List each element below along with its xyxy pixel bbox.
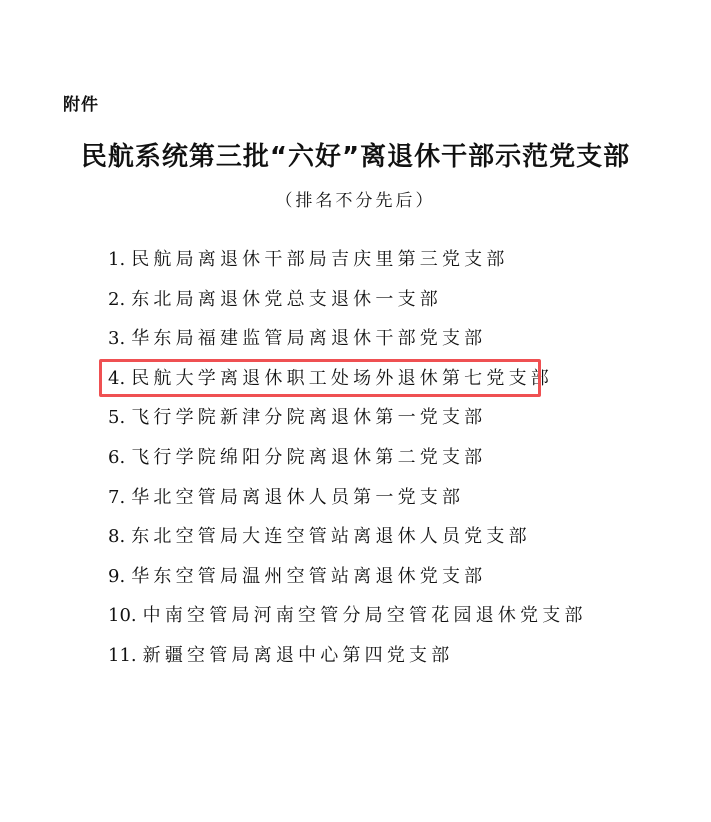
list-item: 10.中南空管局河南空管分局空管花园退休党支部 xyxy=(108,602,587,642)
item-text: 东北空管局大连空管站离退休人员党支部 xyxy=(131,526,531,547)
list-item: 5.飞行学院新津分院离退休第一党支部 xyxy=(108,404,587,444)
list-item: 6.飞行学院绵阳分院离退休第二党支部 xyxy=(108,444,587,484)
highlight-box xyxy=(99,359,541,397)
item-number: 1. xyxy=(108,249,125,270)
item-number: 6. xyxy=(108,447,125,468)
item-text: 华东空管局温州空管站离退休党支部 xyxy=(131,566,486,587)
item-text: 新疆空管局离退中心第四党支部 xyxy=(143,645,454,666)
attachment-label: 附件 xyxy=(63,90,99,115)
item-text: 华东局福建监管局离退休干部党支部 xyxy=(131,328,486,349)
branch-list: 1.民航局离退休干部局吉庆里第三党支部 2.东北局离退休党总支退休一支部 3.华… xyxy=(108,246,587,682)
item-text: 东北局离退休党总支退休一支部 xyxy=(131,289,442,310)
item-number: 3. xyxy=(108,328,125,349)
item-text: 飞行学院新津分院离退休第一党支部 xyxy=(131,407,486,428)
document-subtitle: （排名不分先后） xyxy=(0,186,711,211)
item-number: 2. xyxy=(108,289,125,310)
item-text: 中南空管局河南空管分局空管花园退休党支部 xyxy=(143,605,587,626)
document-title: 民航系统第三批“六好”离退休干部示范党支部 xyxy=(0,136,711,173)
item-number: 9. xyxy=(108,566,125,587)
item-number: 8. xyxy=(108,526,125,547)
list-item: 9.华东空管局温州空管站离退休党支部 xyxy=(108,563,587,603)
item-number: 7. xyxy=(108,487,125,508)
item-number: 11. xyxy=(108,645,137,666)
item-text: 飞行学院绵阳分院离退休第二党支部 xyxy=(131,447,486,468)
list-item: 11.新疆空管局离退中心第四党支部 xyxy=(108,642,587,682)
item-number: 10. xyxy=(108,605,137,626)
list-item: 1.民航局离退休干部局吉庆里第三党支部 xyxy=(108,246,587,286)
item-text: 民航局离退休干部局吉庆里第三党支部 xyxy=(131,249,508,270)
list-item: 8.东北空管局大连空管站离退休人员党支部 xyxy=(108,523,587,563)
item-number: 5. xyxy=(108,407,125,428)
list-item: 2.东北局离退休党总支退休一支部 xyxy=(108,286,587,326)
list-item: 7.华北空管局离退休人员第一党支部 xyxy=(108,484,587,524)
item-text: 华北空管局离退休人员第一党支部 xyxy=(131,487,464,508)
